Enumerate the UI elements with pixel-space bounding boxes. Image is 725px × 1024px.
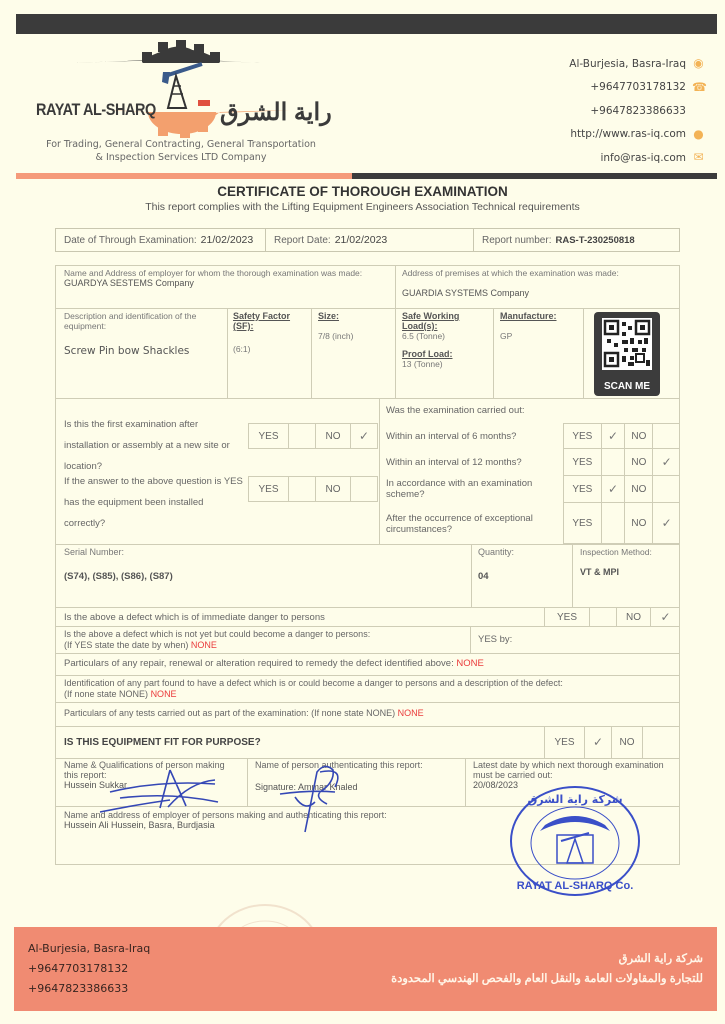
installed-yes-label: YES xyxy=(249,477,289,501)
certificate-title: CERTIFICATE OF THOROUGH EXAMINATION xyxy=(0,184,725,199)
separator-orange xyxy=(16,173,352,179)
certificate-page: RAYAT AL-SHARQ راية الشرق For Trading, G… xyxy=(0,0,725,1024)
footer-arabic-line-2: للتجارة والمقاولات العامة والنقل العام و… xyxy=(391,969,703,989)
q3-yes-checkbox[interactable]: ✓ xyxy=(602,476,626,502)
inspection-method-cell: Inspection Method: VT & MPI xyxy=(580,547,652,577)
no-label: NO xyxy=(625,449,653,475)
location-pin-icon: ◉ xyxy=(692,57,705,70)
date-row: Date of Through Examination: 21/02/2023 … xyxy=(55,228,680,252)
identification-answer: NONE xyxy=(151,689,177,699)
proof-load-label: Proof Load: xyxy=(402,349,490,359)
yes-label: YES xyxy=(564,476,602,502)
swl-cell: Safe Working Load(s): 6.5 (Tonne) Proof … xyxy=(402,311,490,369)
svg-text:شركة راية الشرق: شركة راية الشرق xyxy=(527,793,622,806)
phone-2-text[interactable]: +9647823386633 xyxy=(590,105,686,117)
email-link[interactable]: info@ras-iq.com xyxy=(600,152,686,164)
premises-cell: Address of premises at which the examina… xyxy=(402,268,672,298)
separator-dark xyxy=(352,173,717,179)
repair-row: Particulars of any repair, renewal or al… xyxy=(64,658,484,669)
contact-phone-2[interactable]: +9647823386633 xyxy=(569,99,705,123)
immediate-danger-yes-checkbox[interactable] xyxy=(590,607,617,627)
identification-row: Identification of any part found to have… xyxy=(64,678,563,700)
employer-cell: Name and Address of employer for whom th… xyxy=(64,268,384,288)
manufacture-value: GP xyxy=(500,331,580,341)
installed-question: If the answer to the above question is Y… xyxy=(64,471,244,534)
yes-label: YES xyxy=(564,449,602,475)
contact-email[interactable]: info@ras-iq.com ✉ xyxy=(569,146,705,170)
company-stamp-icon: شركة راية الشرق RAYAT AL-SHARQ Co. xyxy=(505,785,645,897)
q2-no-checkbox[interactable]: ✓ xyxy=(653,449,680,475)
contact-address: Al-Burjesia, Basra-Iraq ◉ xyxy=(569,52,705,76)
carried-out-answer-3: YES ✓ NO xyxy=(564,476,680,503)
q1-yes-checkbox[interactable]: ✓ xyxy=(602,424,626,448)
quantity-label: Quantity: xyxy=(478,547,514,557)
report-date-cell: Report Date: 21/02/2023 xyxy=(266,229,474,251)
q4-yes-checkbox[interactable] xyxy=(602,503,626,543)
equipment-description-cell: Description and identification of the eq… xyxy=(64,311,222,357)
footer-contact: Al-Burjesia, Basra-Iraq +9647703178132 +… xyxy=(28,939,150,999)
footer-phone-1[interactable]: +9647703178132 xyxy=(28,959,150,979)
carried-out-answers: YES ✓ NO YES NO ✓ YES ✓ NO YES NO ✓ xyxy=(563,423,680,544)
report-date-label: Report Date: xyxy=(274,235,331,246)
footer-phone-2[interactable]: +9647823386633 xyxy=(28,979,150,999)
report-number-label: Report number: xyxy=(482,235,551,246)
manufacture-label: Manufacture: xyxy=(500,311,580,321)
swl-value: 6.5 (Tonne) xyxy=(402,331,490,341)
contact-website[interactable]: http://www.ras-iq.com ● xyxy=(569,123,705,147)
footer-arabic-name: شركة راية الشرق للتجارة والمقاولات العام… xyxy=(391,949,703,989)
tagline-line-2: & Inspection Services LTD Company xyxy=(36,151,326,164)
carried-out-q3: In accordance with an examination scheme… xyxy=(386,478,556,500)
exam-date-value: 21/02/2023 xyxy=(201,234,254,246)
carried-out-heading: Was the examination carried out: xyxy=(386,405,525,416)
fit-no-label: NO xyxy=(612,726,643,758)
tagline-line-1: For Trading, General Contracting, Genera… xyxy=(36,138,326,151)
logo-arabic-name: راية الشرق xyxy=(220,98,332,127)
immediate-danger-question: Is the above a defect which is of immedi… xyxy=(64,612,325,623)
tests-label: Particulars of any tests carried out as … xyxy=(64,708,395,718)
scan-me-label: SCAN ME xyxy=(594,381,660,392)
serial-number-cell: Serial Number: (S74), (S85), (S86), (S87… xyxy=(64,547,173,582)
footer-band: Al-Burjesia, Basra-Iraq +9647703178132 +… xyxy=(14,927,717,1011)
installed-no-label: NO xyxy=(316,477,351,501)
first-exam-answer: YES NO ✓ xyxy=(248,423,378,449)
maker-signature-icon xyxy=(90,762,230,817)
repair-answer: NONE xyxy=(456,658,483,669)
equipment-description-label: Description and identification of the eq… xyxy=(64,311,222,331)
carried-out-q2: Within an interval of 12 months? xyxy=(386,457,556,468)
premises-value: GUARDIA SYSTEMS Company xyxy=(402,288,672,298)
yes-label: YES xyxy=(564,424,602,448)
equipment-description-value: Screw Pin bow Shackles xyxy=(64,345,222,357)
identification-line-2: (If none state NONE) xyxy=(64,689,148,699)
quantity-value: 04 xyxy=(478,571,514,582)
size-cell: Size: 7/8 (inch) xyxy=(318,311,388,341)
first-exam-no-checkbox[interactable]: ✓ xyxy=(351,424,377,448)
identification-line-1: Identification of any part found to have… xyxy=(64,678,563,689)
employer-label: Name and Address of employer for whom th… xyxy=(64,268,384,278)
installed-yes-checkbox[interactable] xyxy=(289,477,316,501)
employer-of-persons-value: Hussein Ali Hussein, Basra, Burdjasia xyxy=(64,820,464,830)
globe-icon: ● xyxy=(692,128,705,141)
size-value: 7/8 (inch) xyxy=(318,331,388,341)
quantity-cell: Quantity: 04 xyxy=(478,547,514,582)
footer-address: Al-Burjesia, Basra-Iraq xyxy=(28,939,150,959)
svg-text:RAYAT AL-SHARQ Co.: RAYAT AL-SHARQ Co. xyxy=(517,880,634,892)
q4-no-checkbox[interactable]: ✓ xyxy=(653,503,680,543)
phone-1-text[interactable]: +9647703178132 xyxy=(590,81,686,93)
safety-factor-label: Safety Factor (SF): xyxy=(233,311,293,331)
serial-number-value: (S74), (S85), (S86), (S87) xyxy=(64,571,173,582)
report-number-cell: Report number: RAS-T-230250818 xyxy=(474,229,679,251)
first-exam-yes-label: YES xyxy=(249,424,289,448)
inspection-method-value: VT & MPI xyxy=(580,567,652,577)
future-danger-answer: NONE xyxy=(191,640,217,650)
fit-no-checkbox[interactable] xyxy=(643,726,680,758)
yes-by-label: YES by: xyxy=(478,634,512,645)
logo-english-name: RAYAT AL-SHARQ xyxy=(36,100,156,120)
no-label: NO xyxy=(625,424,653,448)
contact-block: Al-Burjesia, Basra-Iraq ◉ +9647703178132… xyxy=(569,52,705,170)
company-logo: RAYAT AL-SHARQ راية الشرق xyxy=(30,38,330,138)
next-exam-label: Latest date by which next thorough exami… xyxy=(473,760,673,780)
fit-for-purpose-answer: YES ✓ NO xyxy=(544,726,680,758)
q3-no-checkbox[interactable] xyxy=(653,476,680,502)
immediate-danger-answer: YES NO ✓ xyxy=(544,607,680,627)
yes-label: YES xyxy=(564,503,602,543)
repair-label: Particulars of any repair, renewal or al… xyxy=(64,658,454,669)
contact-phone-1[interactable]: +9647703178132 ☎ xyxy=(569,76,705,100)
authenticator-signature-icon xyxy=(275,762,355,837)
future-danger-line-1: Is the above a defect which is not yet b… xyxy=(64,629,370,640)
tests-row: Particulars of any tests carried out as … xyxy=(64,708,424,719)
future-danger-line-2: (If YES state the date by when) xyxy=(64,640,188,650)
footer-arabic-line-1: شركة راية الشرق xyxy=(391,949,703,969)
size-label: Size: xyxy=(318,311,388,321)
immediate-danger-yes-label: YES xyxy=(545,607,590,627)
qr-code-button[interactable]: SCAN ME xyxy=(594,312,660,396)
inspection-method-label: Inspection Method: xyxy=(580,547,652,557)
first-exam-question: Is this the first examination after inst… xyxy=(64,414,244,477)
fit-for-purpose-question: IS THIS EQUIPMENT FIT FOR PURPOSE? xyxy=(64,737,261,748)
qr-code-icon xyxy=(602,318,652,370)
q1-no-checkbox[interactable] xyxy=(653,424,680,448)
website-link[interactable]: http://www.ras-iq.com xyxy=(570,128,686,140)
mail-icon: ✉ xyxy=(692,151,705,164)
exam-date-cell: Date of Through Examination: 21/02/2023 xyxy=(56,229,266,251)
certificate-subtitle: This report complies with the Lifting Eq… xyxy=(0,201,725,213)
employer-value: GUARDYA SESTEMS Company xyxy=(64,278,384,288)
first-exam-yes-checkbox[interactable] xyxy=(289,424,316,448)
tests-answer: NONE xyxy=(398,708,424,718)
safety-factor-cell: Safety Factor (SF): (6:1) xyxy=(233,311,305,354)
carried-out-answer-2: YES NO ✓ xyxy=(564,449,680,476)
first-exam-no-label: NO xyxy=(316,424,351,448)
premises-label: Address of premises at which the examina… xyxy=(402,268,672,278)
address-text: Al-Burjesia, Basra-Iraq xyxy=(569,58,686,70)
fit-yes-label: YES xyxy=(545,726,585,758)
immediate-danger-no-checkbox[interactable]: ✓ xyxy=(651,607,680,627)
exam-date-label: Date of Through Examination: xyxy=(64,235,197,246)
phone-icon: ☎ xyxy=(692,81,705,94)
carried-out-q4: After the occurrence of exceptional circ… xyxy=(386,513,556,535)
report-date-value: 21/02/2023 xyxy=(335,234,388,246)
manufacture-cell: Manufacture: GP xyxy=(500,311,580,341)
no-label: NO xyxy=(625,476,653,502)
immediate-danger-no-label: NO xyxy=(617,607,651,627)
safety-factor-value: (6:1) xyxy=(233,344,305,354)
no-label: NO xyxy=(625,503,653,543)
company-tagline: For Trading, General Contracting, Genera… xyxy=(36,138,326,164)
future-danger-question: Is the above a defect which is not yet b… xyxy=(64,629,370,651)
carried-out-q1: Within an interval of 6 months? xyxy=(386,431,556,442)
proof-load-value: 13 (Tonne) xyxy=(402,359,490,369)
carried-out-answer-4: YES NO ✓ xyxy=(564,503,680,543)
top-dark-bar xyxy=(16,14,717,34)
serial-number-label: Serial Number: xyxy=(64,547,173,557)
swl-label: Safe Working Load(s): xyxy=(402,311,472,331)
installed-answer: YES NO xyxy=(248,476,378,502)
carried-out-answer-1: YES ✓ NO xyxy=(564,424,680,449)
report-number-value: RAS-T-230250818 xyxy=(555,235,634,246)
q2-yes-checkbox[interactable] xyxy=(602,449,626,475)
installed-no-checkbox[interactable] xyxy=(351,477,377,501)
fit-yes-checkbox[interactable]: ✓ xyxy=(585,726,612,758)
